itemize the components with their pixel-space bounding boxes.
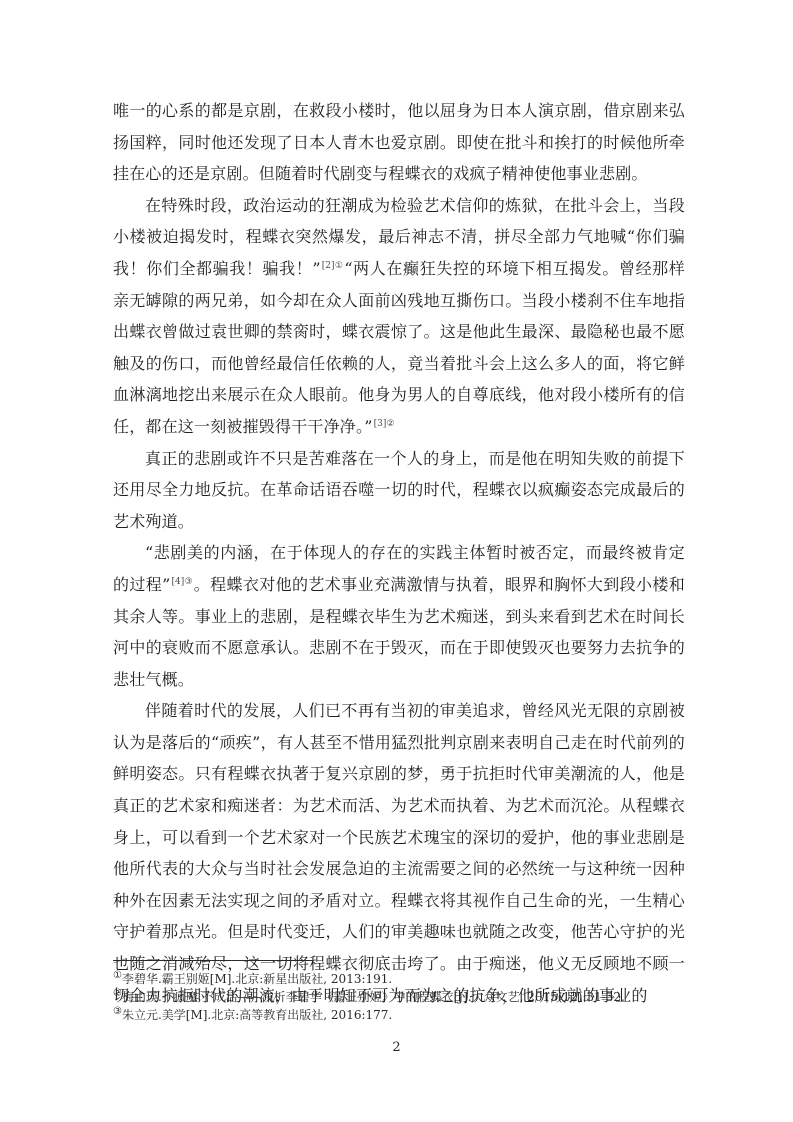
- footnote-reference[interactable]: [4]③: [171, 577, 194, 587]
- paragraph: 在特殊时段，政治运动的狂潮成为检验艺术信仰的炼狱，在批斗会上，当段小楼被迫揭发时…: [113, 190, 685, 443]
- footnote-reference[interactable]: [2]①: [321, 261, 345, 271]
- footnote-separator: [113, 960, 313, 961]
- footnote-area: ①李碧华.霸王别姬[M].北京:新星出版社, 2013:191.②梅山瑛.不疯魔…: [113, 960, 685, 1024]
- body-text: 唯一的心系的都是京剧，在救段小楼时，他以屈身为日本人演京剧，借京剧来弘扬国粹，同…: [113, 95, 685, 1011]
- footnote-marker[interactable]: ③: [113, 1006, 122, 1017]
- paragraph: 真正的悲剧或许不只是苦难落在一个人的身上，而是他在明知失败的前提下还用尽全力地反…: [113, 443, 685, 538]
- footnote-marker[interactable]: ①: [113, 970, 122, 981]
- footnote-text: 朱立元.美学[M].北京:高等教育出版社, 2016:177.: [122, 1008, 392, 1022]
- text-run: 真正的悲剧或许不只是苦难落在一个人的身上，而是他在明知失败的前提下还用尽全力地反…: [113, 449, 685, 531]
- footnote: ②梅山瑛.不疯魔,不成活——浅析李碧华《霸王别姬》中的程蝶衣[J].大众文艺, …: [113, 988, 685, 1006]
- footnote: ③朱立元.美学[M].北京:高等教育出版社, 2016:177.: [113, 1006, 685, 1024]
- footnote: ①李碧华.霸王别姬[M].北京:新星出版社, 2013:191.: [113, 970, 685, 988]
- footnote-text: 李碧华.霸王别姬[M].北京:新星出版社, 2013:191.: [122, 972, 392, 986]
- text-run: 。程蝶衣对他的艺术事业充满激情与执着，眼界和胸怀大到段小楼和其余人等。事业上的悲…: [113, 575, 685, 689]
- page-number: 2: [0, 1040, 793, 1055]
- footnote-reference[interactable]: [3]②: [373, 419, 396, 429]
- footnote-list: ①李碧华.霸王别姬[M].北京:新星出版社, 2013:191.②梅山瑛.不疯魔…: [113, 970, 685, 1024]
- footnote-text: 梅山瑛.不疯魔,不成活——浅析李碧华《霸王别姬》中的程蝶衣[J].大众文艺, 2…: [122, 990, 625, 1004]
- paragraph: “悲剧美的内涵，在于体现人的存在的实践主体暂时被否定，而最终被肯定的过程”[4]…: [113, 537, 685, 695]
- footnote-marker[interactable]: ②: [113, 988, 122, 999]
- text-run: “两人在癫狂失控的环境下相互揭发。曾经那样亲无罅隙的两兄弟，如今却在众人面前凶残…: [113, 259, 685, 436]
- document-page: 唯一的心系的都是京剧，在救段小楼时，他以屈身为日本人演京剧，借京剧来弘扬国粹，同…: [0, 0, 793, 1122]
- text-run: 唯一的心系的都是京剧，在救段小楼时，他以屈身为日本人演京剧，借京剧来弘扬国粹，同…: [113, 101, 685, 183]
- paragraph: 唯一的心系的都是京剧，在救段小楼时，他以屈身为日本人演京剧，借京剧来弘扬国粹，同…: [113, 95, 685, 190]
